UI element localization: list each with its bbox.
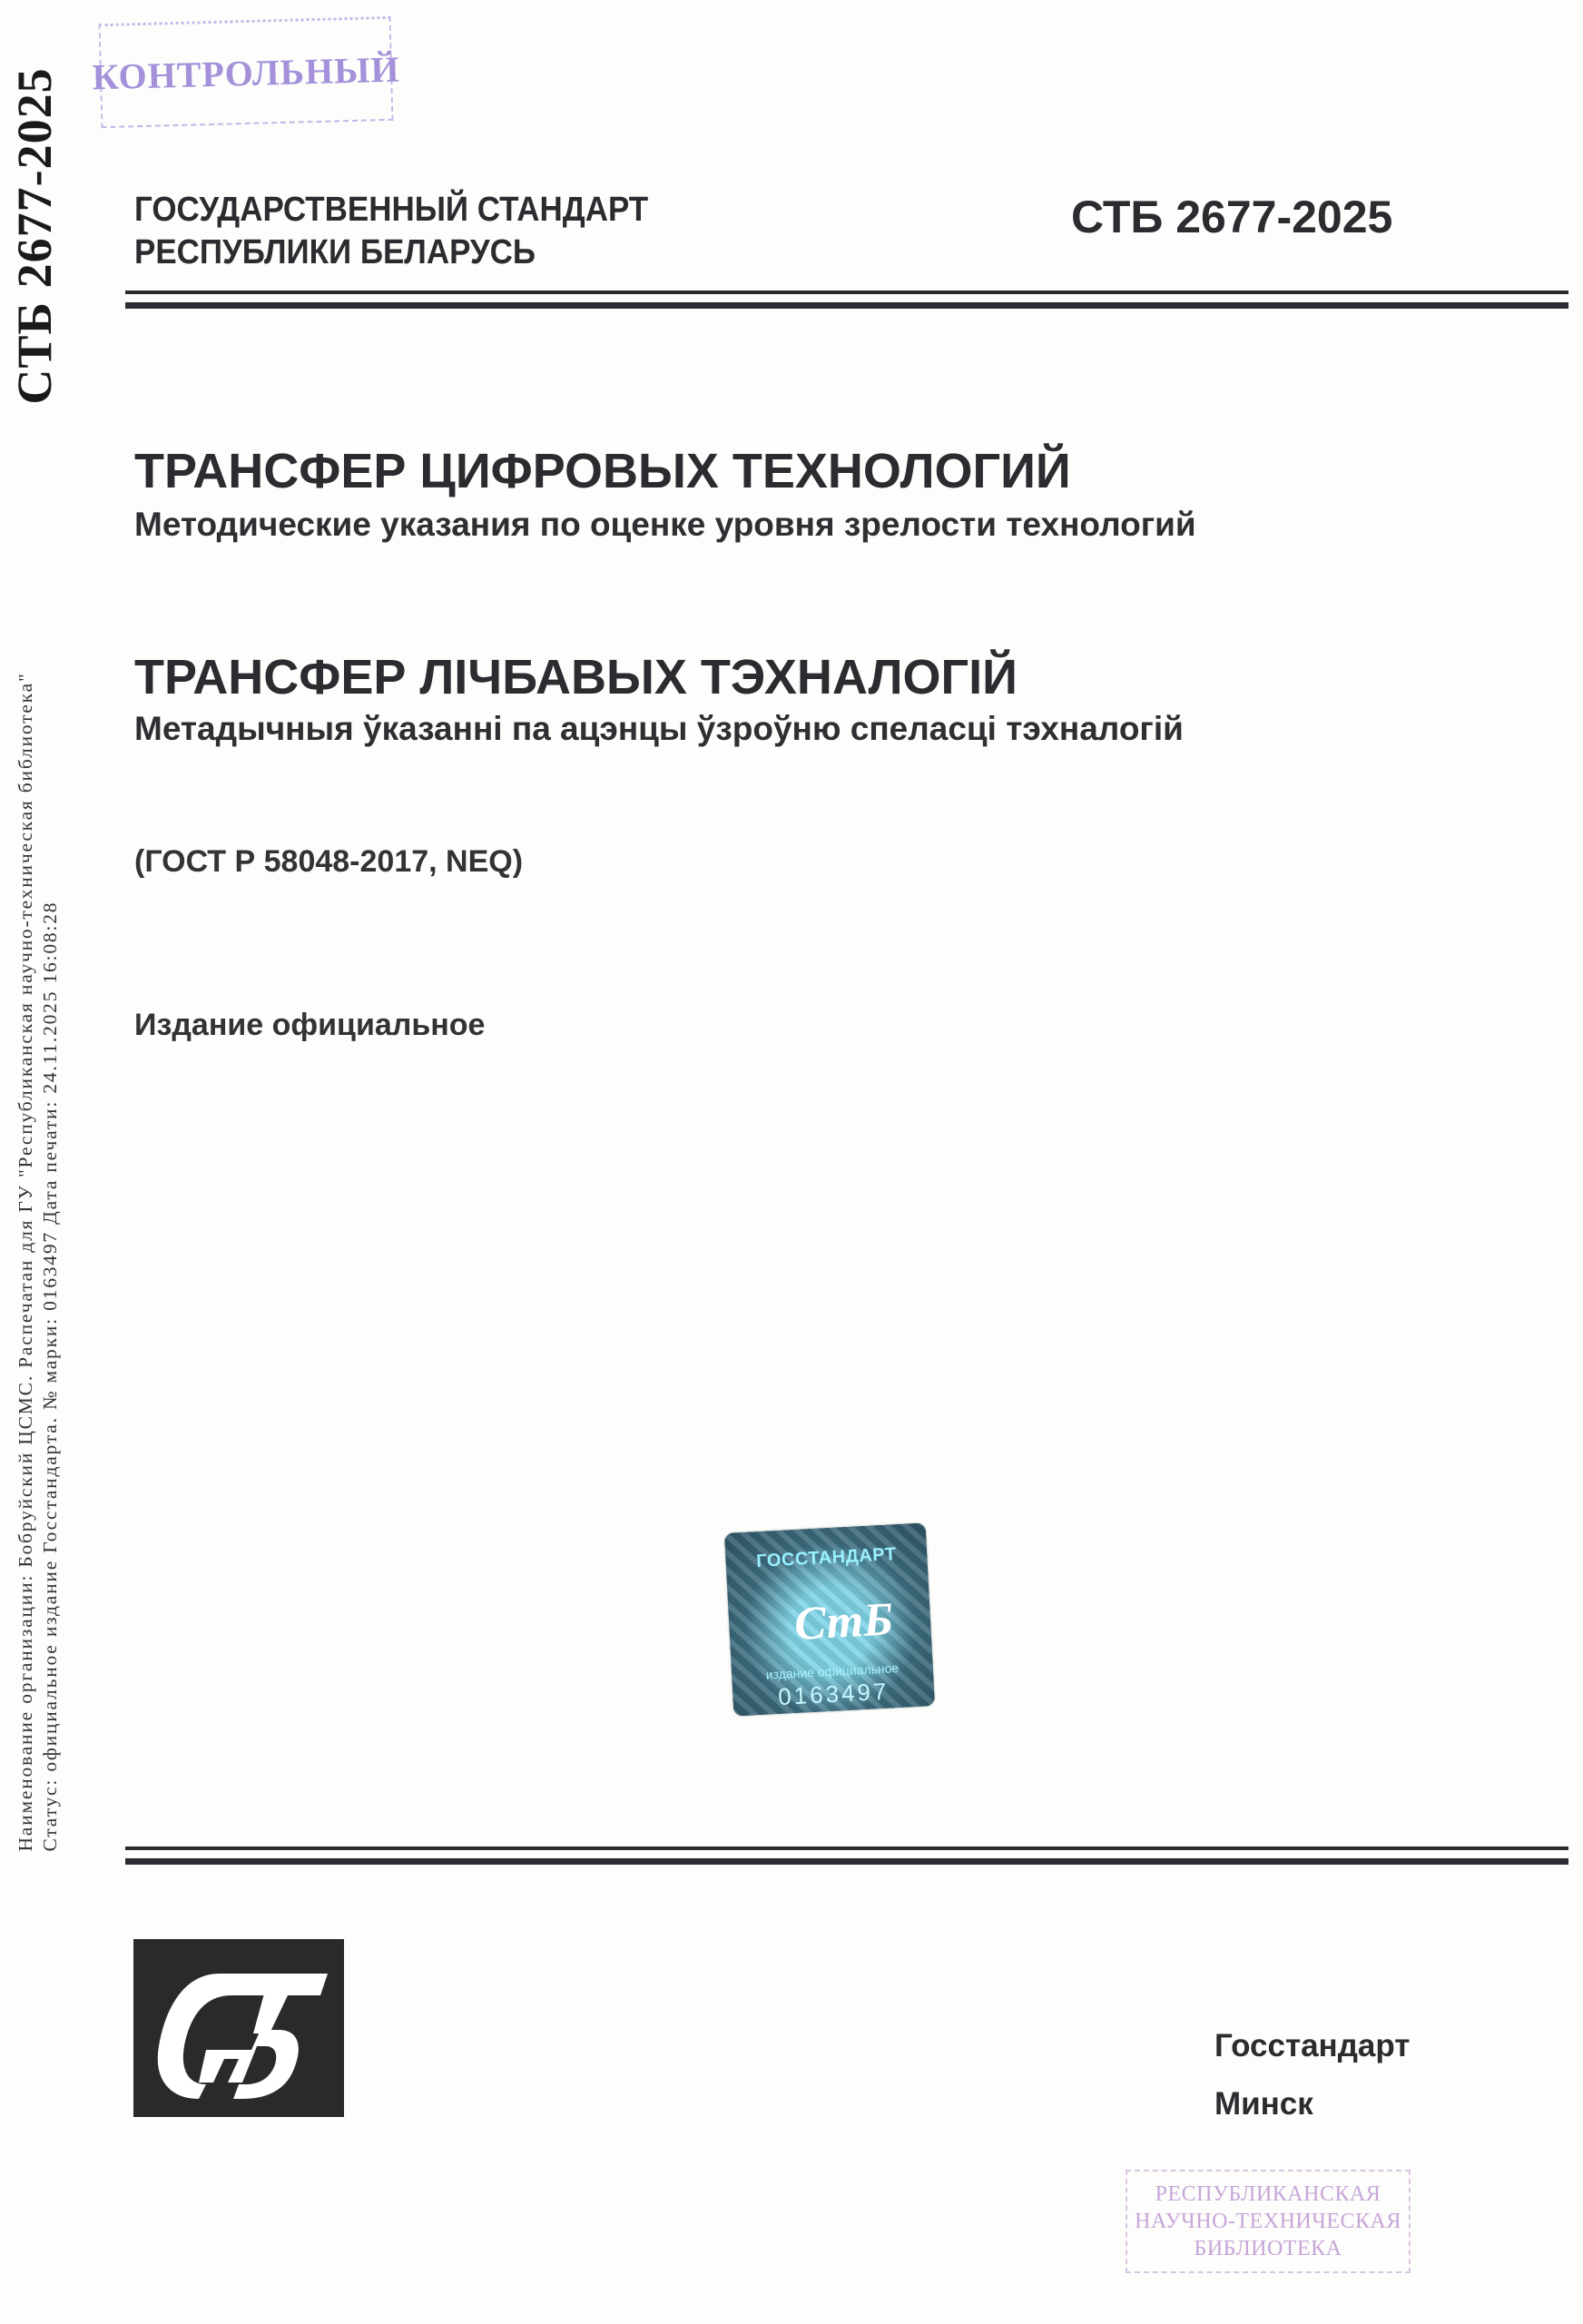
footer-rule-thick xyxy=(125,1858,1568,1865)
spine-document-code: СТБ 2677-2025 xyxy=(7,54,62,418)
standard-type-line-2: РЕСПУБЛИКИ БЕЛАРУСЬ xyxy=(134,231,648,274)
title-belarusian: ТРАНСФЕР ЛІЧБАВЫХ ТЭХНАЛОГІЙ xyxy=(134,649,1018,705)
control-stamp-text: КОНТРОЛЬНЫЙ xyxy=(92,47,400,98)
publisher-name: Госстандарт xyxy=(1214,2028,1410,2064)
edition-label: Издание официальное xyxy=(134,1008,485,1043)
library-stamp: РЕСПУБЛИКАНСКАЯ НАУЧНО-ТЕХНИЧЕСКАЯ БИБЛИ… xyxy=(1126,2170,1411,2273)
standard-type-heading: ГОСУДАРСТВЕННЫЙ СТАНДАРТ РЕСПУБЛИКИ БЕЛА… xyxy=(134,189,648,274)
gost-reference: (ГОСТ Р 58048-2017, NEQ) xyxy=(134,844,523,880)
publisher-city: Минск xyxy=(1214,2086,1313,2122)
header-rule-thick xyxy=(125,302,1568,309)
control-stamp: КОНТРОЛЬНЫЙ xyxy=(99,16,394,128)
standard-type-line-1: ГОСУДАРСТВЕННЫЙ СТАНДАРТ xyxy=(134,189,648,231)
library-stamp-line-2: НАУЧНО-ТЕХНИЧЕСКАЯ xyxy=(1127,2208,1409,2235)
hologram-logo-icon: СтБ xyxy=(792,1590,869,1657)
subtitle-belarusian: Метадычныя ўказанні па ацэнцы ўзроўню сп… xyxy=(134,710,1184,748)
hologram-sticker: ГОССТАНДАРТ СтБ издание официальное 0163… xyxy=(724,1522,935,1716)
spine-print-info: Наименование организации: Бобруйский ЦСМ… xyxy=(11,508,65,2015)
spine-info-line-2: Статус: официальное издание Госстандарта… xyxy=(38,672,63,1851)
stb-logo-icon xyxy=(133,1939,344,2117)
header-rule-thin xyxy=(125,290,1568,294)
subtitle-russian: Методические указания по оценке уровня з… xyxy=(134,506,1196,544)
title-russian: ТРАНСФЕР ЦИФРОВЫХ ТЕХНОЛОГИЙ xyxy=(134,443,1071,499)
library-stamp-line-3: БИБЛИОТЕКА xyxy=(1127,2235,1409,2262)
footer-rule-thin xyxy=(125,1846,1568,1850)
library-stamp-line-1: РЕСПУБЛИКАНСКАЯ xyxy=(1127,2181,1409,2208)
standard-code: СТБ 2677-2025 xyxy=(1071,191,1392,243)
spine-code-text: СТБ 2677-2025 xyxy=(6,67,63,404)
spine-info-line-1: Наименование организации: Бобруйский ЦСМ… xyxy=(14,672,38,1851)
hologram-title: ГОССТАНДАРТ xyxy=(725,1542,928,1574)
